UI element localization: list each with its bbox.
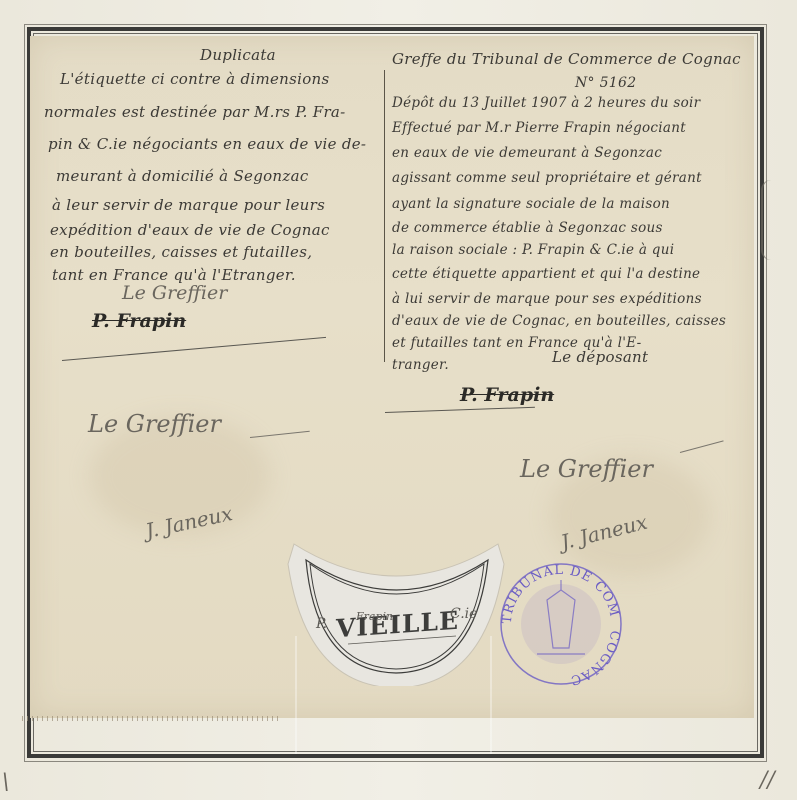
right-text-line: cette étiquette appartient et qui l'a de… (392, 266, 700, 282)
greffier-signature-lower-left: Le Greffier (88, 410, 221, 438)
right-text-line: la raison sociale : P. Frapin & C.ie à q… (392, 242, 674, 258)
margin-mark-left: \ (2, 770, 9, 795)
right-text-line: tranger. (392, 357, 449, 373)
left-text-line: à leur servir de marque pour leurs (52, 196, 325, 214)
deposit-number: N° 5162 (575, 75, 636, 91)
right-text-line: ayant la signature sociale de la maison (392, 196, 670, 212)
greffier-signature-top: Le Greffier (122, 282, 227, 304)
frapin-signature-right: P. Frapin (460, 384, 554, 406)
right-text-line: en eaux de vie demeurant à Segonzac (392, 145, 662, 161)
column-divider (384, 70, 385, 362)
left-text-line: pin & C.ie négociants en eaux de vie de- (48, 135, 366, 153)
tribunal-stamp: TRIBUNAL DE COMMERCE DE COGNAC (497, 560, 625, 688)
greffier-signature-lower-right: Le Greffier (520, 455, 653, 483)
page-tab-edge (761, 180, 775, 260)
deposant-label: Le déposant (552, 348, 648, 366)
stamp-text-bottom: COGNAC (568, 629, 622, 687)
stamp-text-top: TRIBUNAL DE COMMERCE DE (497, 560, 622, 624)
label-script-initial: P. (316, 616, 327, 632)
label-script-name: Frapin (356, 610, 393, 623)
left-text-line: en bouteilles, caisses et futailles, (50, 243, 312, 261)
svg-text:COGNAC: COGNAC (568, 629, 622, 687)
greffe-header: Greffe du Tribunal de Commerce de Cognac (392, 50, 741, 68)
right-text-line: d'eaux de vie de Cognac, en bouteilles, … (392, 313, 726, 329)
right-text-line: Dépôt du 13 Juillet 1907 à 2 heures du s… (392, 95, 700, 111)
vieille-label: VIEILLE P. Frapin C.ie (286, 536, 506, 686)
stamp-text-ring: TRIBUNAL DE COMMERCE DE COGNAC (497, 560, 625, 688)
left-text-line: meurant à domicilié à Segonzac (56, 167, 309, 185)
duplicata-title: Duplicata (200, 46, 276, 64)
left-text-line: L'étiquette ci contre à dimensions (60, 70, 329, 88)
svg-text:TRIBUNAL DE COMMERCE DE: TRIBUNAL DE COMMERCE DE (497, 560, 622, 624)
perforated-edge (22, 716, 280, 721)
frapin-signature-left: P. Frapin (92, 310, 186, 332)
right-text-line: de commerce établie à Segonzac sous (392, 220, 663, 236)
left-text-line: expédition d'eaux de vie de Cognac (50, 221, 330, 239)
right-text-line: Effectué par M.r Pierre Frapin négociant (392, 120, 686, 136)
left-text-line: normales est destinée par M.rs P. Fra- (44, 103, 346, 121)
right-text-line: à lui servir de marque pour ses expéditi… (392, 291, 702, 307)
label-script-company: C.ie (450, 606, 477, 622)
margin-mark-right: // (760, 768, 775, 793)
right-text-line: agissant comme seul propriétaire et géra… (392, 170, 702, 186)
